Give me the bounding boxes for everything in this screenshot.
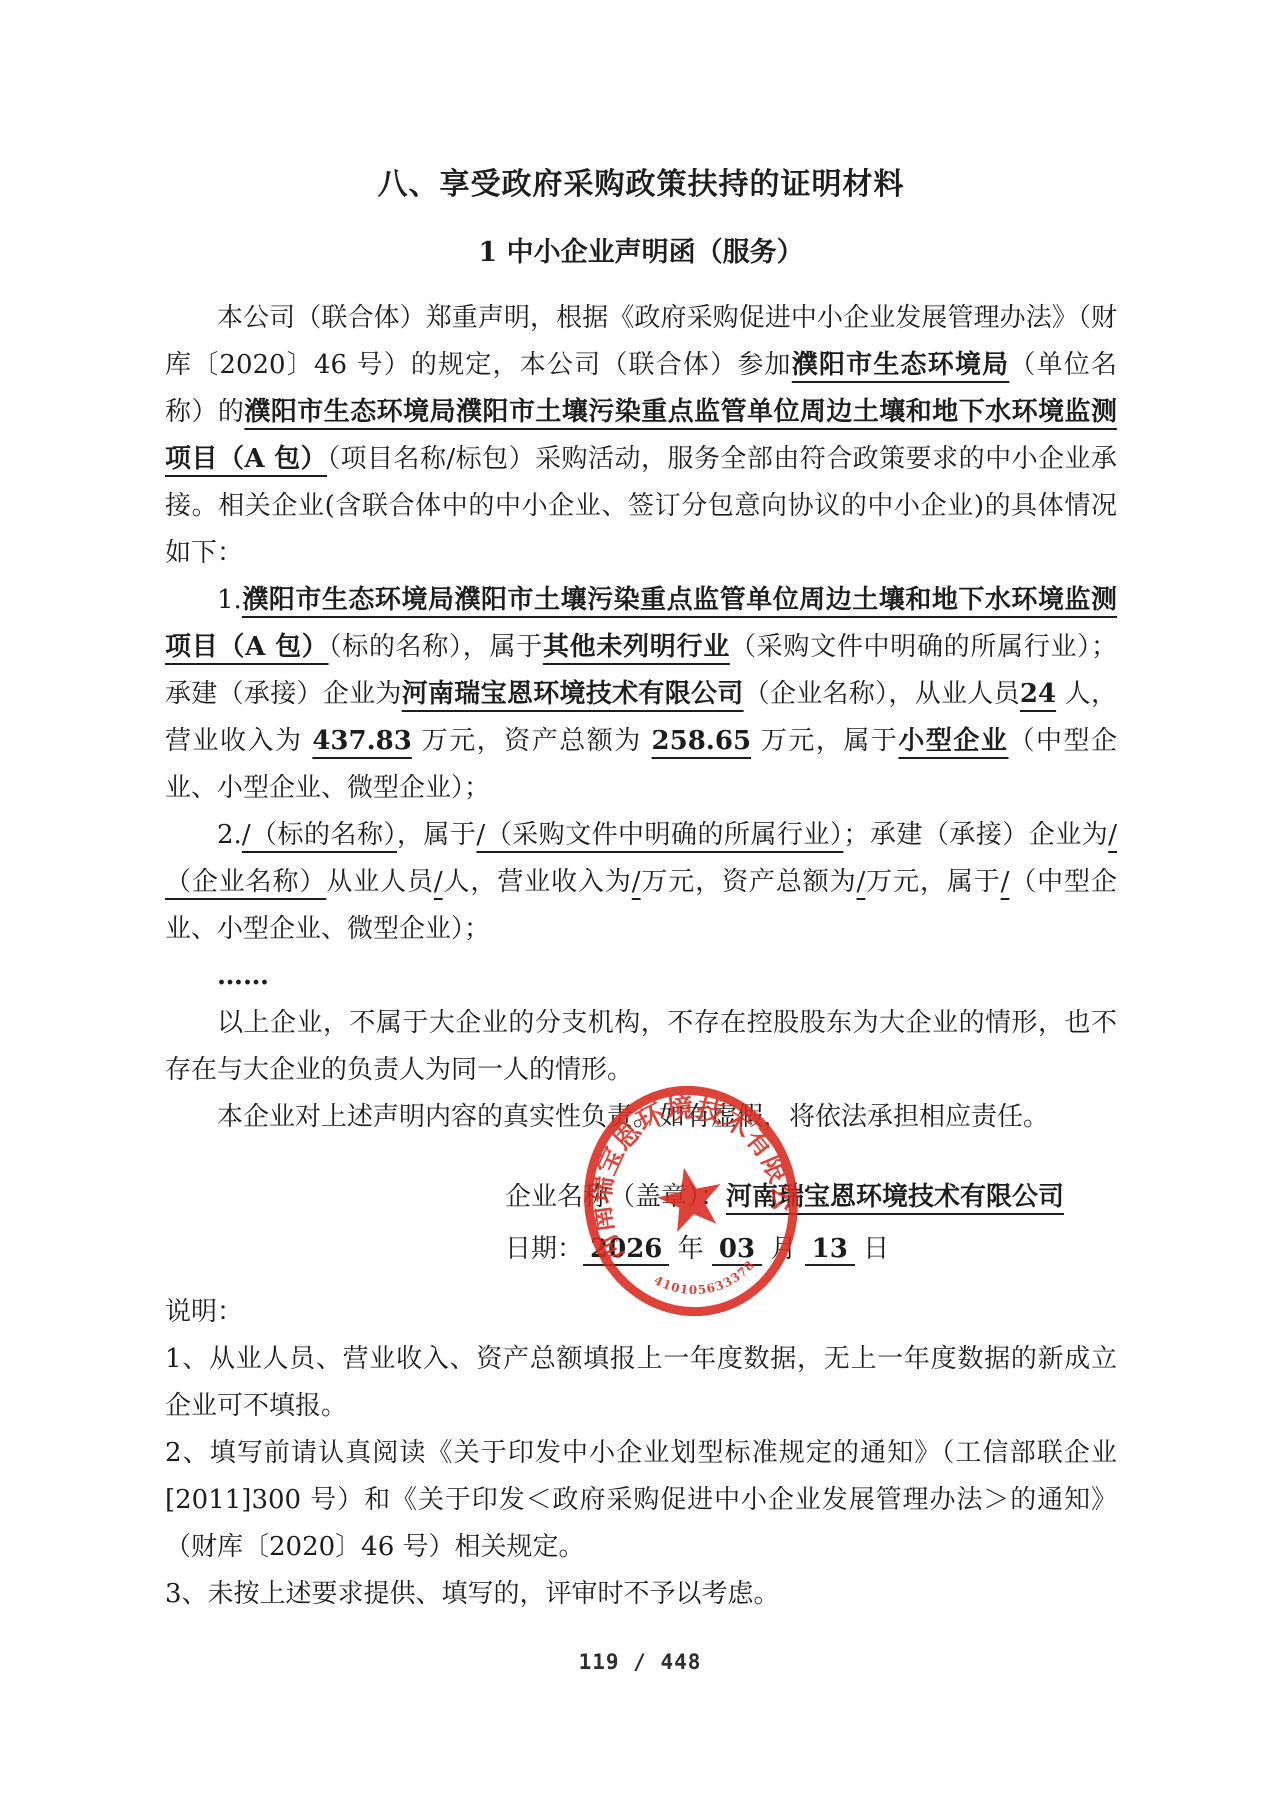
paragraph-text: ；承建（承接）企业为 [843, 820, 1108, 850]
document-content: 八、享受政府采购政策扶持的证明材料 1 中小企业声明函（服务） 本公司（联合体）… [165, 0, 1117, 1618]
paragraph-text: 万元，属于 [865, 867, 1000, 897]
day-unit: 日 [855, 1234, 889, 1264]
enterprise-item-1: 1.濮阳市生态环境局濮阳市土壤污染重点监管单位周边土壤和地下水环境监测项目（A … [165, 577, 1117, 812]
note-item: 3、未按上述要求提供、填写的，评审时不予以考虑。 [165, 1571, 1117, 1618]
star-icon [652, 1161, 728, 1235]
paragraph-text: 万元，资产总额为 [641, 867, 857, 897]
item-number: 1. [217, 585, 242, 615]
doc-title: 八、享受政府采购政策扶持的证明材料 [165, 168, 1117, 202]
revenue-placeholder: / [632, 867, 641, 897]
employee-count: 24 [1020, 679, 1056, 709]
doc-subtitle: 1 中小企业声明函（服务） [165, 237, 1117, 269]
assets-placeholder: / [857, 867, 866, 897]
closing-paragraph-1: 以上企业，不属于大企业的分支机构，不存在控股股东为大企业的情形，也不存在与大企业… [165, 1000, 1117, 1094]
revenue-value: 437.83 [312, 726, 412, 756]
page-number: 119 / 448 [0, 1650, 1280, 1674]
declaration-paragraph: 本公司（联合体）郑重声明，根据《政府采购促进中小企业发展管理办法》（财库〔202… [165, 295, 1117, 577]
date-label: 日期： [505, 1234, 583, 1264]
paragraph-text: （企业名称），从业人员 [744, 679, 1020, 709]
paragraph-text: 万元，资产总额为 [412, 726, 652, 756]
industry-name: 其他未列明行业 [543, 632, 730, 662]
employee-placeholder: / [434, 867, 443, 897]
note-item: 2、填写前请认真阅读《关于印发中小企业划型标准规定的通知》（工信部联企业[201… [165, 1430, 1117, 1571]
note-item: 1、从业人员、营业收入、资产总额填报上一年度数据，无上一年度数据的新成立企业可不… [165, 1336, 1117, 1430]
industry-placeholder: /（采购文件中明确的所属行业） [476, 820, 843, 850]
notes-section: 说明： 1、从业人员、营业收入、资产总额填报上一年度数据，无上一年度数据的新成立… [165, 1289, 1117, 1618]
paragraph-text: 从业人员 [326, 867, 434, 897]
enterprise-item-2: 2./（标的名称），属于/（采购文件中明确的所属行业）；承建（承接）企业为/（企… [165, 812, 1117, 953]
document-page: 八、享受政府采购政策扶持的证明材料 1 中小企业声明函（服务） 本公司（联合体）… [0, 0, 1280, 1811]
ellipsis-line: …… [165, 953, 1117, 1000]
paragraph-text: （标的名称），属于 [329, 632, 543, 662]
item-number: 2. [217, 820, 242, 850]
subject-placeholder: /（标的名称） [242, 820, 397, 850]
assets-value: 258.65 [652, 726, 752, 756]
paragraph-text: 万元，属于 [751, 726, 898, 756]
paragraph-text: 人，营业收入为 [443, 867, 632, 897]
paragraph-text: ，属于 [397, 820, 476, 850]
purchaser-name: 濮阳市生态环境局 [792, 350, 1010, 380]
enterprise-type: 小型企业 [898, 726, 1008, 756]
contractor-name: 河南瑞宝恩环境技术有限公司 [402, 679, 744, 709]
